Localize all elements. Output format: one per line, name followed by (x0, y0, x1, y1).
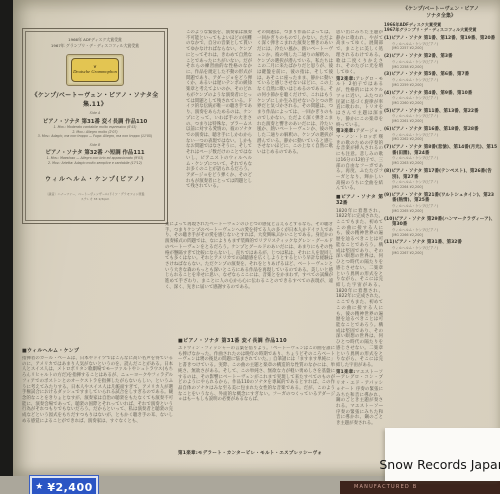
movement-2-heading: 第2楽章: (336, 77, 355, 82)
sonata-31-text: エドウィン・フィッシャーの言葉を借りよう。「ベートーヴェンはこの曲を誰にも捧げな… (178, 346, 335, 450)
discography-item: (1)ピアノ・ソナタ 第1番、第12番、第19番、第20番 ウィルヘルム・ケンプ… (384, 36, 498, 51)
award-line-2: 1967年 グランプリ・デ・ディスコフィル大賞受賞 (26, 43, 164, 49)
movement-3-analysis: 第3楽章:アダージョ・マ・ノン・トロッポ 嘆きの歌のための序奏的な音楽が挿入され… (336, 129, 383, 192)
item-catalog: [MG 2261 ¥2,200] (384, 119, 498, 124)
movement-3-heading: 第3楽章: (336, 129, 355, 134)
sonata-32-movement-1-text: マエストーソ—アレグロ・コン・ブリオ・エド・アパッショナート 序奏の緊張にみちた… (336, 370, 383, 426)
item-catalog: [MG 2259 ¥2,200] (384, 83, 498, 88)
discography-item: (4)ピアノ・ソナタ 第4番、第9番、第10番 ウィルヘルム・ケンプ(ピアノ) … (384, 91, 498, 106)
sonata-32-heading: ■ピアノ・ソナタ 第32番 (336, 195, 383, 207)
title-panel: 1966年 ADFディスク大賞受賞 1967年 グランプリ・デ・ディスコフィル大… (22, 28, 168, 224)
item-catalog: [MG 2262 ¥2,200] (384, 137, 498, 142)
item-catalog: [MG 2265 ¥2,200] (384, 209, 498, 214)
item-catalog: [MG 2266 ¥2,200] (384, 233, 498, 238)
item-title: (10)ピアノ・ソナタ 第29番(ハンマークラヴィーア)、第30番 (384, 217, 498, 229)
discography-item: (9)ピアノ・ソナタ 第21番(ワルトシュタイン)、第23番(熱情)、第25番 … (384, 193, 498, 214)
side-b-work-title: ピアノ・ソナタ 第32番 ハ短調 作品111 (26, 148, 164, 156)
panel-fine-print-1: 〔録音〕ハノーファー、ベートーヴェンザール/ドイツ・グラモフォン原盤 (26, 192, 164, 197)
liner-notes-column-a: このような緊張を、演奏家は演奏不可能といってもよいほどの困難のなかで、自分の音楽… (186, 30, 252, 219)
discography-header-line-1: 《ケンプ/ベートーヴェン・ピアノ (384, 6, 498, 13)
item-catalog: [MG 2258 ¥2,200] (384, 65, 498, 70)
manufactured-text: MANUFACTURED B (354, 484, 417, 490)
discography-item: (5)ピアノ・ソナタ 第11番、第13番、第22番 ウィルヘルム・ケンプ(ピアノ… (384, 109, 498, 124)
item-catalog: [MG 2260 ¥2,200] (384, 101, 498, 106)
photo-bottom-mat: MANUFACTURED B (340, 481, 500, 494)
price-value: ¥2,400 (47, 481, 92, 494)
kempff-bio-heading: ■ウィルヘルム・ケンプ (22, 347, 79, 354)
item-title: (7)ピアノ・ソナタ 第8番(悲愴)、第14番(月光)、第15番(田園)、第24… (384, 145, 498, 157)
record-jacket-photo: 1966年 ADFディスク大賞受賞 1967年 グランプリ・デ・ディスコフィル大… (0, 0, 500, 494)
column-c-intro: 思い出にみちた主題が静かに歌われ、やがて高まってゆく。展開部で、まことに美しく処… (336, 30, 383, 76)
side-a-movement-3: 3. Mov.: Adagio, ma non troppo — Fuga: A… (26, 134, 164, 139)
performer-name: ウィルヘルム・ケンプ(ピアノ) (26, 174, 164, 183)
sonata-32-movement-1-heading: 第1楽章: (336, 370, 355, 375)
discography-header-line-2: ソナタ全集》 (384, 13, 498, 20)
discography-item: (2)ピアノ・ソナタ 第2番、第3番 ウィルヘルム・ケンプ(ピアノ) [MG 2… (384, 54, 498, 69)
movement-3-text: アダージョ・マ・ノン・トロッポ 嘆きの歌のための序奏的な音楽が挿入されるのにも注… (336, 129, 383, 191)
star-icon: ★ (35, 483, 43, 492)
item-title: (8)ピアノ・ソナタ 第17番(テンペスト)、第26番(告別)、第27番 (384, 169, 498, 181)
title-panel-inner: 1966年 ADFディスク大賞受賞 1967年 グランプリ・デ・ディスコフィル大… (25, 31, 165, 221)
album-title: 《ケンプ/ベートーヴェン・ピアノ・ソナタ全集.11》 (26, 90, 164, 108)
liner-notes-wide-block: 案によって再現されたベートーヴェンのひとつの感覚と言えるとするなら、その聴き手、… (165, 222, 333, 333)
discography-item: (10)ピアノ・ソナタ 第29番(ハンマークラヴィーア)、第30番 ウィルヘルム… (384, 217, 498, 238)
panel-fine-print-2: ステレオ 33 1/3rpm (26, 197, 164, 202)
discography-item: (8)ピアノ・ソナタ 第17番(テンペスト)、第26番(告別)、第27番 ウィル… (384, 169, 498, 190)
side-a-work-title: ピアノ・ソナタ 第31番 変イ長調 作品110 (26, 117, 164, 125)
discography-item: (3)ピアノ・ソナタ 第5番、第6番、第7番 ウィルヘルム・ケンプ(ピアノ) [… (384, 72, 498, 87)
movement-2-text: アレグロ・モルト 2拍子ではあるが、性格的にはスケルツォに近い。ふたつの民謡に基… (336, 77, 383, 128)
photo-dark-edge (0, 0, 13, 476)
watermark-text: Snow Records Japan (379, 457, 500, 472)
side-a-label: Side A (26, 111, 164, 115)
sonata-32-movement-1: 第1楽章:マエストーソ—アレグロ・コン・ブリオ・エド・アパッショナート 序奏の緊… (336, 370, 383, 427)
side-b-label: Side B (26, 143, 164, 147)
sonata-31-heading: ■ピアノ・ソナタ 第31番 変イ長調 作品110 (178, 337, 336, 344)
sonata-31-movement-1-heading: 第1楽章:モデラート・カンタービレ・モルト・エスプレッシーヴォ (178, 450, 335, 456)
deutsche-grammophon-logo: ❦ Deutsche Grammophon (66, 54, 124, 86)
discography-award-2: 1967年グランプリ・デ・ディスコフィル大賞受賞 (384, 27, 498, 33)
dg-logo-cartouche: ❦ Deutsche Grammophon (71, 58, 119, 82)
movement-2-analysis: 第2楽章:アレグロ・モルト 2拍子ではあるが、性格的にはスケルツォに近い。ふたつ… (336, 77, 383, 128)
discography-item: (11)ピアノ・ソナタ 第31番、第32番 ウィルヘルム・ケンプ(ピアノ) [M… (384, 240, 498, 255)
sonata-32-text: 1820年に着想され、1822年に完成された。ここでもまた、初めてこの曲に接する… (336, 209, 383, 369)
liner-notes-column-b: その問題は、つまり作品によっては、一回かぎりのものでしかない。ただよく深く弾きこ… (257, 30, 333, 219)
item-catalog: [MG 2257 ¥2,200] (384, 46, 498, 51)
item-catalog: [MG 2267 ¥2,200] (384, 251, 498, 256)
item-catalog: [MG 2263 ¥2,200] (384, 161, 498, 166)
watermark-box: Snow Records Japan (385, 428, 500, 481)
dg-logo-text: Deutsche Grammophon (73, 69, 117, 74)
discography-item: (7)ピアノ・ソナタ 第8番(悲愴)、第14番(月光)、第15番(田園)、第24… (384, 145, 498, 166)
discography-column: 《ケンプ/ベートーヴェン・ピアノ ソナタ全集》 1966年ADFディスク大賞受賞… (384, 6, 498, 255)
item-title: (9)ピアノ・ソナタ 第21番(ワルトシュタイン)、第23番(熱情)、第25番 (384, 193, 498, 205)
discography-item: (6)ピアノ・ソナタ 第16番、第18番、第28番 ウィルヘルム・ケンプ(ピアノ… (384, 127, 498, 142)
item-catalog: [MG 2264 ¥2,200] (384, 185, 498, 190)
price-sticker: ★ ¥2,400 (30, 476, 98, 494)
kempff-bio-text: 指揮者のカール・ベームは、日本やドイツではこんなに高い名声を得ているのに、アメリ… (22, 356, 173, 458)
side-b-movement-2: 2. Mov.: Arietta: Adagio molto semplice … (26, 161, 164, 166)
liner-notes-column-c: 思い出にみちた主題が静かに歌われ、やがて高まってゆく。展開部で、まことに美しく処… (336, 30, 383, 470)
